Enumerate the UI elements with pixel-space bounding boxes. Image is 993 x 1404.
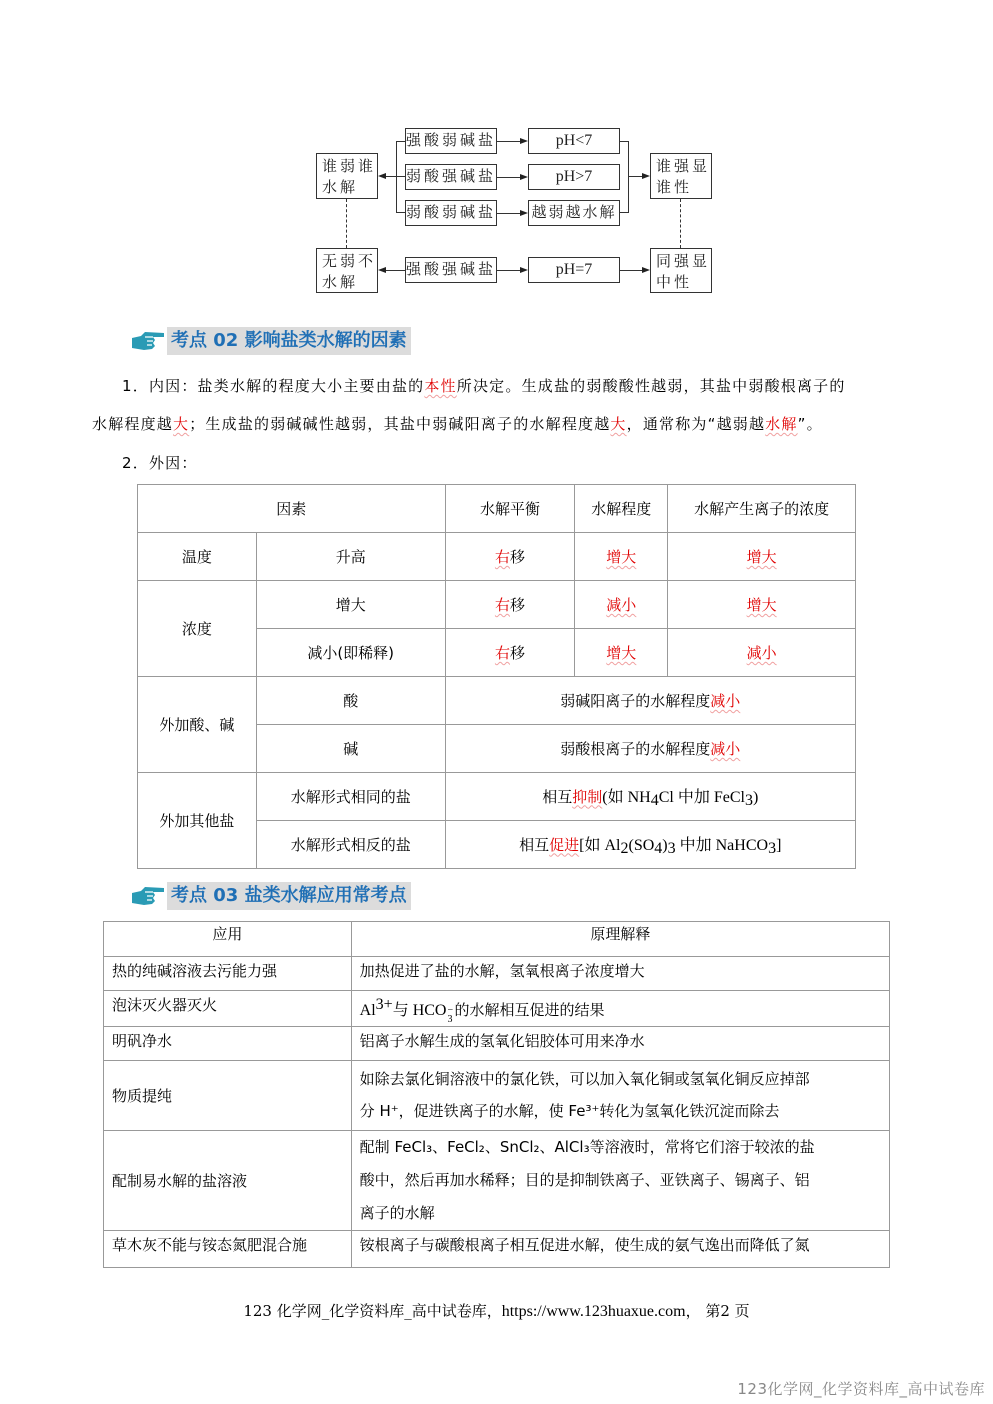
- header-cell: 应用: [104, 922, 352, 957]
- value-cell: 增大: [668, 581, 856, 629]
- watermark: 123化学网_化学资料库_高中试卷库: [737, 1378, 985, 1399]
- application-cell: 草木灰不能与铵态氮肥混合施: [104, 1231, 352, 1268]
- application-cell: 配制易水解的盐溶液: [104, 1131, 352, 1231]
- section-title: 考点 03 盐类水解应用常考点: [167, 882, 411, 910]
- explanation-cell: Al3+与 HCO−3的水解相互促进的结果: [351, 991, 889, 1027]
- value-cell: 右移: [445, 581, 575, 629]
- condition-cell: 增大: [256, 581, 445, 629]
- table-row: 泡沫灭火器灭火 Al3+与 HCO−3的水解相互促进的结果: [104, 991, 890, 1027]
- condition-cell: 酸: [256, 677, 445, 725]
- arrow-right-icon: [520, 210, 528, 216]
- value-cell: 减小: [668, 629, 856, 677]
- flow-box-result-2: pH>7: [528, 164, 620, 190]
- table-row: 外加酸、碱 酸 弱碱阳离子的水解程度减小: [138, 677, 856, 725]
- table-row: 外加其他盐 水解形式相同的盐 相互抑制(如 NH4Cl 中加 FeCl3): [138, 773, 856, 821]
- header-cell: 水解产生离子的浓度: [668, 485, 856, 533]
- factor-label: 外加酸、碱: [138, 677, 257, 773]
- arrow-right-icon: [642, 267, 650, 273]
- arrow-right-icon: [642, 173, 650, 179]
- value-cell: 减小: [575, 581, 668, 629]
- site-link[interactable]: https://www.123huaxue.com: [502, 1303, 686, 1320]
- explanation-cell: 配制 FeCl₃、FeCl₂、SnCl₂、AlCl₃等溶液时，常将它们溶于较浓的…: [351, 1131, 889, 1231]
- factor-label: 外加其他盐: [138, 773, 257, 869]
- table-header-row: 应用 原理解释: [104, 922, 890, 957]
- applications-table: 应用 原理解释 热的纯碱溶液去污能力强 加热促进了盐的水解，氢氧根离子浓度增大 …: [103, 921, 890, 1268]
- pointing-hand-icon: [131, 884, 165, 908]
- paragraph-external-cause: 2．外因：: [122, 453, 198, 473]
- arrow-left-icon: [378, 173, 386, 179]
- value-cell: 增大: [575, 533, 668, 581]
- table-row: 温度 升高 右移 增大 增大: [138, 533, 856, 581]
- factor-label: 温度: [138, 533, 257, 581]
- emphasis-text: 大: [610, 415, 626, 433]
- value-cell: 弱酸根离子的水解程度减小: [445, 725, 855, 773]
- flow-box-salt-1: 强酸弱碱盐: [405, 128, 497, 154]
- table-row: 浓度 增大 右移 减小 增大: [138, 581, 856, 629]
- flow-box-neutral: 同强显中性: [650, 248, 712, 293]
- dashed-connector: [680, 199, 681, 248]
- application-cell: 明矾净水: [104, 1027, 352, 1061]
- explanation-cell: 如除去氯化铜溶液中的氯化铁，可以加入氧化铜或氢氧化铜反应掉部 分 H⁺，促进铁离…: [351, 1061, 889, 1131]
- section-title: 考点 02 影响盐类水解的因素: [167, 327, 411, 355]
- flow-box-result-neutral: pH=7: [528, 257, 620, 283]
- table-row: 草木灰不能与铵态氮肥混合施 铵根离子与碳酸根离子相互促进水解，使生成的氨气逸出而…: [104, 1231, 890, 1268]
- table-row: 明矾净水 铝离子水解生成的氢氧化铝胶体可用来净水: [104, 1027, 890, 1061]
- header-cell: 水解程度: [575, 485, 668, 533]
- explanation-cell: 铝离子水解生成的氢氧化铝胶体可用来净水: [351, 1027, 889, 1061]
- header-cell: 原理解释: [351, 922, 889, 957]
- page-footer: 123 化学网_化学资料库_高中试卷库，https://www.123huaxu…: [0, 1300, 993, 1321]
- flow-box-result-3: 越弱越水解: [528, 200, 620, 226]
- flow-box-no-weak-no-hydrolysis: 无弱不水解: [316, 248, 378, 293]
- arrow-right-icon: [520, 267, 528, 273]
- value-cell: 相互抑制(如 NH4Cl 中加 FeCl3): [445, 773, 855, 821]
- paragraph-internal-cause: 1．内因：盐类水解的程度大小主要由盐的本性所决定。生成盐的弱酸酸性越弱，其盐中弱…: [122, 376, 846, 396]
- header-cell: 因素: [138, 485, 446, 533]
- flow-box-salt-2: 弱酸强碱盐: [405, 164, 497, 190]
- table-row: 配制易水解的盐溶液 配制 FeCl₃、FeCl₂、SnCl₂、AlCl₃等溶液时…: [104, 1131, 890, 1231]
- arrow-left-icon: [378, 267, 386, 273]
- flow-box-result-1: pH<7: [528, 128, 620, 154]
- condition-cell: 水解形式相反的盐: [256, 821, 445, 869]
- dashed-connector: [346, 199, 347, 248]
- section-heading-02: 考点 02 影响盐类水解的因素: [131, 326, 411, 356]
- application-cell: 泡沫灭火器灭火: [104, 991, 352, 1027]
- factor-label: 浓度: [138, 581, 257, 677]
- condition-cell: 碱: [256, 725, 445, 773]
- value-cell: 相互促进[如 Al2(SO4)3 中加 NaHCO3]: [445, 821, 855, 869]
- pointing-hand-icon: [131, 329, 165, 353]
- arrow-right-icon: [520, 138, 528, 144]
- application-cell: 物质提纯: [104, 1061, 352, 1131]
- paragraph-internal-cause-cont: 水解程度越大；生成盐的弱碱碱性越弱，其盐中弱碱阳离子的水解程度越大，通常称为“越…: [92, 414, 823, 434]
- emphasis-text: 本性: [424, 377, 456, 395]
- explanation-cell: 加热促进了盐的水解，氢氧根离子浓度增大: [351, 957, 889, 991]
- table-row: 热的纯碱溶液去污能力强 加热促进了盐的水解，氢氧根离子浓度增大: [104, 957, 890, 991]
- condition-cell: 减小(即稀释): [256, 629, 445, 677]
- value-cell: 增大: [668, 533, 856, 581]
- flow-box-strong-shows: 谁强显谁性: [650, 153, 712, 199]
- arrow-right-icon: [520, 174, 528, 180]
- emphasis-text: 大: [173, 415, 189, 433]
- flow-box-salt-3: 弱酸弱碱盐: [405, 200, 497, 226]
- value-cell: 右移: [445, 533, 575, 581]
- condition-cell: 水解形式相同的盐: [256, 773, 445, 821]
- header-cell: 水解平衡: [445, 485, 575, 533]
- condition-cell: 升高: [256, 533, 445, 581]
- value-cell: 弱碱阳离子的水解程度减小: [445, 677, 855, 725]
- explanation-cell: 铵根离子与碳酸根离子相互促进水解，使生成的氨气逸出而降低了氮: [351, 1231, 889, 1268]
- flow-box-weak-hydrolyzes: 谁弱谁水解: [316, 153, 378, 199]
- section-heading-03: 考点 03 盐类水解应用常考点: [131, 881, 411, 911]
- application-cell: 热的纯碱溶液去污能力强: [104, 957, 352, 991]
- flow-box-salt-strong-strong: 强酸强碱盐: [405, 257, 497, 283]
- value-cell: 右移: [445, 629, 575, 677]
- emphasis-text: 水解: [765, 415, 797, 433]
- factors-table: 因素 水解平衡 水解程度 水解产生离子的浓度 温度 升高 右移 增大 增大 浓度…: [137, 484, 856, 869]
- table-header-row: 因素 水解平衡 水解程度 水解产生离子的浓度: [138, 485, 856, 533]
- table-row: 物质提纯 如除去氯化铜溶液中的氯化铁，可以加入氧化铜或氢氧化铜反应掉部 分 H⁺…: [104, 1061, 890, 1131]
- value-cell: 增大: [575, 629, 668, 677]
